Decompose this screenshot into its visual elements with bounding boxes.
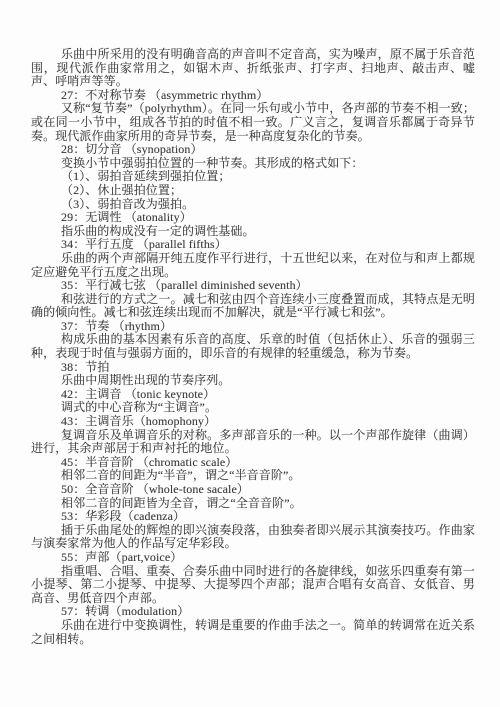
- paragraph: 插于乐曲尾处的辉煌的即兴演奏段落，由独奏者即兴展示其演奏技巧。作曲家与演奏家常为…: [31, 524, 475, 551]
- paragraph: （2）、休止强拍位置；: [31, 184, 475, 198]
- paragraph: 29：无调性 （atonality）: [31, 211, 475, 225]
- paragraph: 构成乐曲的基本因素有乐音的高度、乐章的时值（包括休止）、乐音的强弱三种，表现于时…: [31, 333, 475, 360]
- document-page: 乐曲中所采用的没有明确音高的声音叫不定音高，实为噪声，原不属于乐音范围，现代派作…: [0, 0, 500, 707]
- paragraph: 和弦进行的方式之一。减七和弦由四个音连续小三度叠置而成，其特点是无明确的倾向性。…: [31, 293, 475, 320]
- paragraph: 35：平行减七弦 （parallel diminished seventh）: [31, 279, 475, 293]
- paragraph: 57：转调（modulation）: [31, 605, 475, 619]
- paragraph: 复调音乐及单调音乐的对称。多声部音乐的一种。以一个声部作旋律（曲调）进行，其余声…: [31, 429, 475, 456]
- paragraph: 乐曲中周期性出现的节奏序列。: [31, 374, 475, 388]
- paragraph: 调式的中心音称为“主调音”。: [31, 401, 475, 415]
- paragraph: 43：主调音乐（homophony）: [31, 415, 475, 429]
- paragraph: 55：声部（part,voice）: [31, 551, 475, 565]
- paragraph: 乐曲的两个声部隔开纯五度作平行进行，十五世纪以来，在对位与和声上都规定应避免平行…: [31, 252, 475, 279]
- paragraph: （1）、弱拍音延续到强拍位置；: [31, 170, 475, 184]
- paragraph: 34：平行五度 （parallel fifths）: [31, 238, 475, 252]
- paragraph: 相邻二音的间距为“半音”，谓之“半音音阶”。: [31, 469, 475, 483]
- paragraph: 指重唱、合唱、重奏、合奏乐曲中同时进行的各旋律线，如弦乐四重奏有第一小提琴、第二…: [31, 565, 475, 606]
- document-body: 乐曲中所采用的没有明确音高的声音叫不定音高，实为噪声，原不属于乐音范围，现代派作…: [31, 48, 475, 646]
- paragraph: 乐曲在进行中变换调性，转调是重要的作曲手法之一。简单的转调常在近关系之间相转。: [31, 619, 475, 646]
- paragraph: 28：切分音 （synopation）: [31, 143, 475, 157]
- paragraph: 50：全音音阶 （whole-tone sacale）: [31, 483, 475, 497]
- paragraph: 又称“复节奏”（polyrhythm）。在同一乐句或小节中，各声部的节奏不相一致…: [31, 102, 475, 143]
- paragraph: 53：华彩段（cadenza）: [31, 510, 475, 524]
- paragraph: 乐曲中所采用的没有明确音高的声音叫不定音高，实为噪声，原不属于乐音范围，现代派作…: [31, 48, 475, 89]
